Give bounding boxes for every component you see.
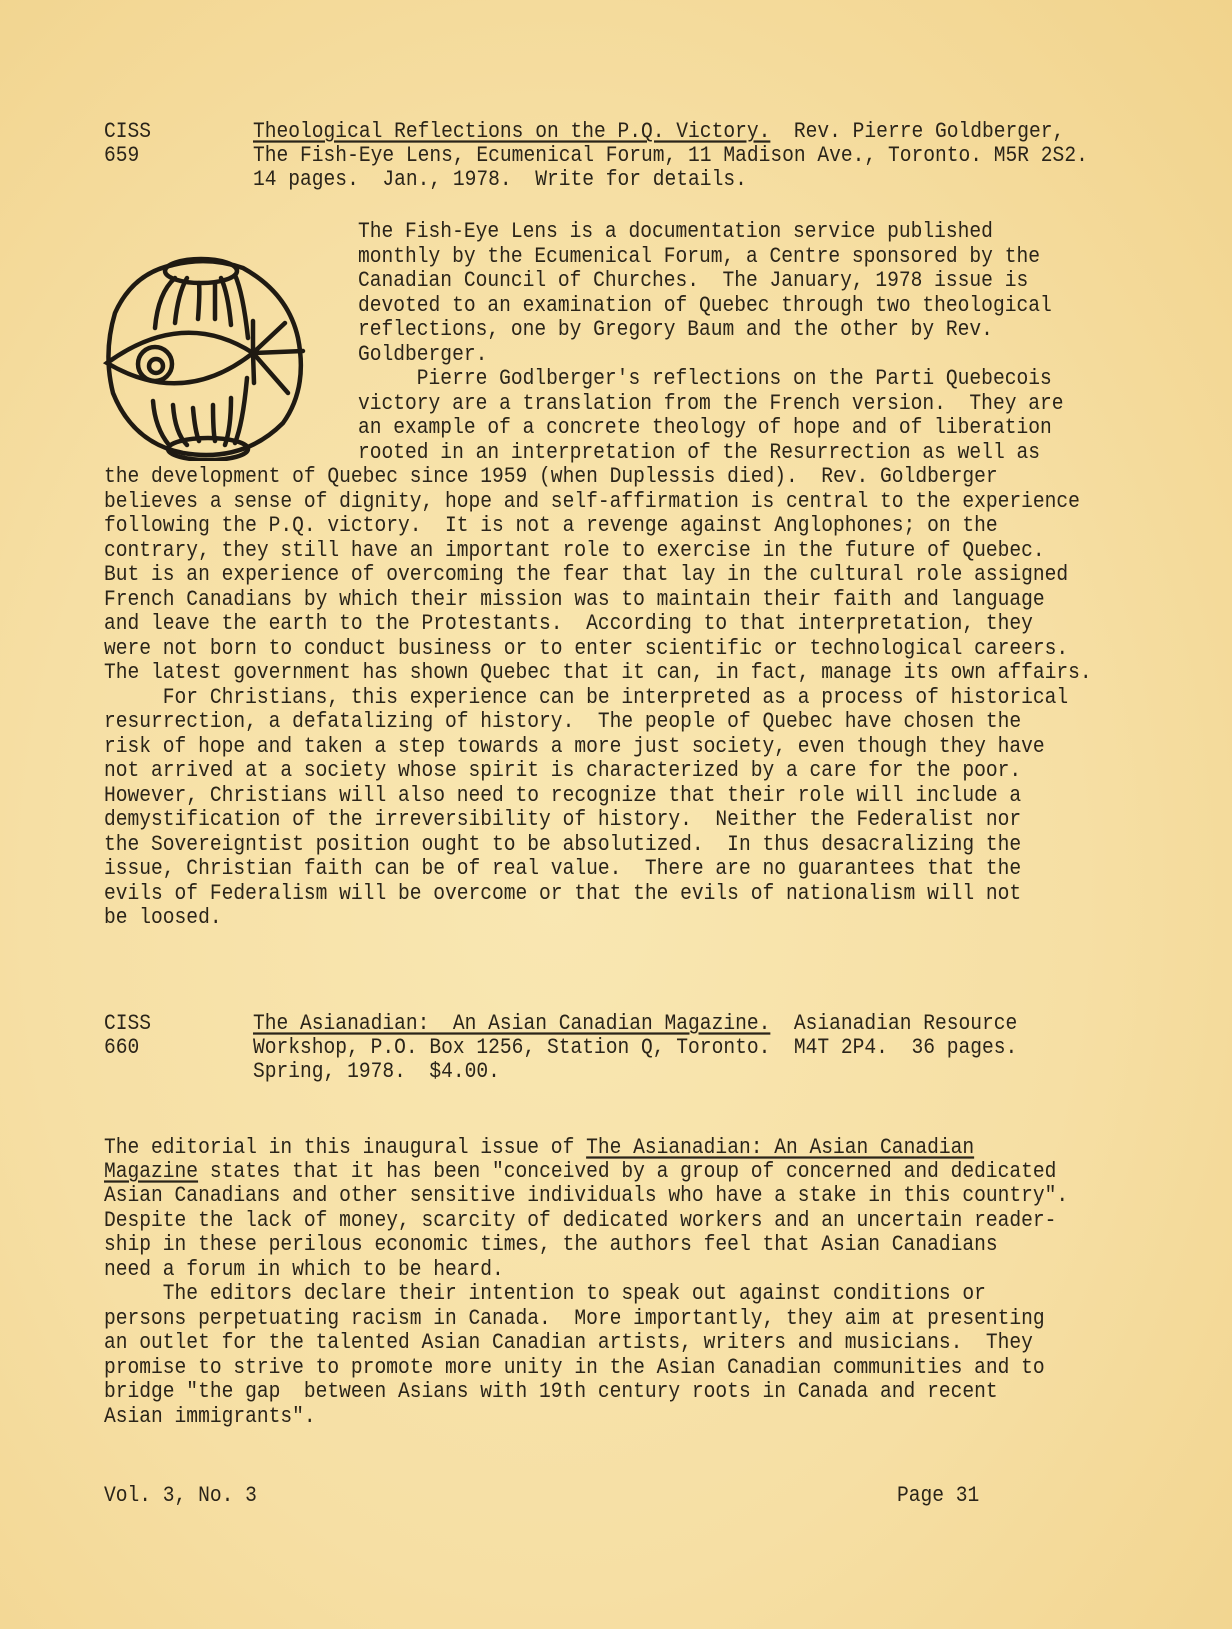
body-line: contrary, they still have an important r… — [104, 537, 1045, 564]
entry-id-ciss: CISS — [104, 1010, 151, 1037]
body-line: Despite the lack of money, scarcity of d… — [104, 1207, 1056, 1234]
body-line: victory are a translation from the Frenc… — [358, 390, 1064, 417]
body-line: and leave the earth to the Protestants. … — [104, 610, 1033, 637]
citation-line-2: Workshop, P.O. Box 1256, Station Q, Toro… — [253, 1034, 1017, 1061]
citation-line-2: The Fish-Eye Lens, Ecumenical Forum, 11 … — [253, 142, 1088, 169]
citation-publisher: Asianadian Resource — [770, 1011, 1017, 1036]
body-line: Asian Canadians and other sensitive indi… — [104, 1182, 1068, 1209]
body-line: issue, Christian faith can be of real va… — [104, 855, 1021, 882]
body-line: But is an experience of overcoming the f… — [104, 561, 1068, 588]
body-line: Asian immigrants". — [104, 1403, 316, 1430]
entry-id-number: 659 — [104, 142, 139, 169]
body-line: Pierre Godlberger's reflections on the P… — [358, 365, 1052, 392]
body-line: Canadian Council of Churches. The Januar… — [358, 267, 1028, 294]
body-line: The latest government has shown Quebec t… — [104, 659, 1092, 686]
citation-line-1: Theological Reflections on the P.Q. Vict… — [253, 118, 1064, 145]
body-line: not arrived at a society whose spirit is… — [104, 757, 1021, 784]
body-line: ship in these perilous economic times, t… — [104, 1231, 998, 1258]
body-line: an outlet for the talented Asian Canadia… — [104, 1329, 1033, 1356]
body-line: risk of hope and taken a step towards a … — [104, 733, 1045, 760]
body-text: The editorial in this inaugural issue of — [104, 1135, 586, 1160]
volume-label: Vol. 3, No. 3 — [104, 1482, 257, 1509]
citation-title: The Asianadian: An Asian Canadian Magazi… — [253, 1011, 770, 1036]
fish-in-globe-icon — [103, 253, 308, 461]
body-line: persons perpetuating racism in Canada. M… — [104, 1305, 1045, 1332]
citation-line-1: The Asianadian: An Asian Canadian Magazi… — [253, 1010, 1017, 1037]
body-line: were not born to conduct business or to … — [104, 635, 1068, 662]
citation-line-3: Spring, 1978. $4.00. — [253, 1058, 500, 1085]
page-number: Page 31 — [897, 1482, 979, 1509]
body-line: demystification of the irreversibility o… — [104, 806, 1021, 833]
body-line: be loosed. — [104, 904, 222, 931]
citation-author: Rev. Pierre Goldberger, — [770, 119, 1064, 144]
magazine-title: Magazine — [104, 1159, 198, 1184]
body-line: The Fish-Eye Lens is a documentation ser… — [358, 218, 993, 245]
body-line: promise to strive to promote more unity … — [104, 1354, 1045, 1381]
citation-line-3: 14 pages. Jan., 1978. Write for details. — [253, 166, 747, 193]
body-line: need a forum in which to be heard. — [104, 1256, 504, 1283]
body-line: monthly by the Ecumenical Forum, a Centr… — [358, 243, 1040, 270]
body-line: believes a sense of dignity, hope and se… — [104, 488, 1080, 515]
body-line: For Christians, this experience can be i… — [104, 684, 1068, 711]
body-line: Magazine states that it has been "concei… — [104, 1158, 1056, 1185]
body-line: reflections, one by Gregory Baum and the… — [358, 316, 993, 343]
body-line: French Canadians by which their mission … — [104, 586, 1045, 613]
magazine-title: The Asianadian: An Asian Canadian — [586, 1135, 974, 1160]
body-line: The editorial in this inaugural issue of… — [104, 1134, 974, 1161]
body-line: resurrection, a defatalizing of history.… — [104, 708, 1021, 735]
body-line: bridge "the gap between Asians with 19th… — [104, 1378, 998, 1405]
body-line: the development of Quebec since 1959 (wh… — [104, 463, 998, 490]
body-line: evils of Federalism will be overcome or … — [104, 880, 1021, 907]
body-line: Goldberger. — [358, 341, 487, 368]
body-line: the Sovereigntist position ought to be a… — [104, 831, 1021, 858]
citation-title: Theological Reflections on the P.Q. Vict… — [253, 119, 770, 144]
entry-id-ciss: CISS — [104, 118, 151, 145]
body-line: However, Christians will also need to re… — [104, 782, 1021, 809]
body-line: devoted to an examination of Quebec thro… — [358, 292, 1052, 319]
body-line: The editors declare their intention to s… — [104, 1280, 986, 1307]
body-line: an example of a concrete theology of hop… — [358, 414, 1052, 441]
body-line: rooted in an interpretation of the Resur… — [358, 439, 1040, 466]
body-line: following the P.Q. victory. It is not a … — [104, 512, 998, 539]
body-text: states that it has been "conceived by a … — [198, 1159, 1056, 1184]
entry-id-number: 660 — [104, 1034, 139, 1061]
